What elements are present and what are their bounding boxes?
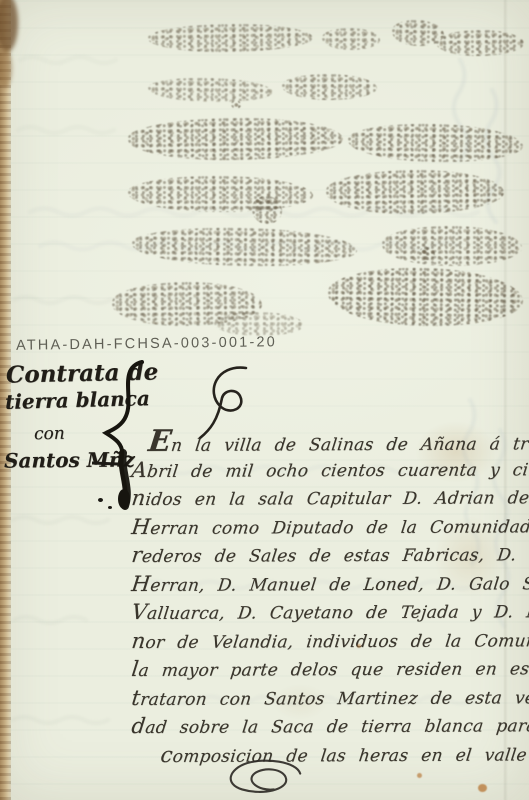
ink-smudge-band (322, 28, 380, 50)
body-line: Abril de mil ocho cientos cuarenta y cin… (130, 457, 517, 484)
body-line: nor de Velandia, individuos de la Comuni… (130, 628, 517, 655)
body-line: trataron con Santos Martinez de esta vec… (130, 685, 517, 712)
body-line: rederos de Sales de estas Fabricas, D. G… (130, 542, 517, 569)
body-line: dad sobre la Saca de tierra blanca para … (130, 713, 517, 740)
manuscript-page: ATHA-DAH-FCHSA-003-001-20 Contrata de ti… (0, 0, 529, 800)
body-line: Valluarca, D. Cayetano de Tejada y D. Ni… (130, 599, 517, 626)
rubric-flourish (205, 756, 325, 800)
ink-smudge-band (214, 312, 304, 336)
foxing-spot (478, 784, 487, 792)
body-line: la mayor parte delos que residen en esta… (130, 656, 517, 683)
body-line: Herran, D. Manuel de Loned, D. Galo Saen… (130, 571, 517, 598)
body-line: nidos en la sala Capitular D. Adrian de (130, 485, 517, 512)
ink-smudge-band (382, 226, 522, 266)
foxing-spot (357, 644, 361, 648)
margin-note-line-3: con (34, 424, 65, 445)
ink-smudge-spot (231, 100, 241, 109)
ink-smudge-band (128, 176, 313, 212)
foxing-spot (417, 773, 422, 778)
ink-smudge-spot (419, 247, 435, 260)
body-line: En la villa de Salinas de Añana á trece … (147, 428, 519, 458)
ink-smudge-band (252, 196, 282, 224)
body-line: Herran como Diputado de la Comunidad de … (130, 514, 517, 541)
ink-smudge-band (282, 74, 377, 100)
